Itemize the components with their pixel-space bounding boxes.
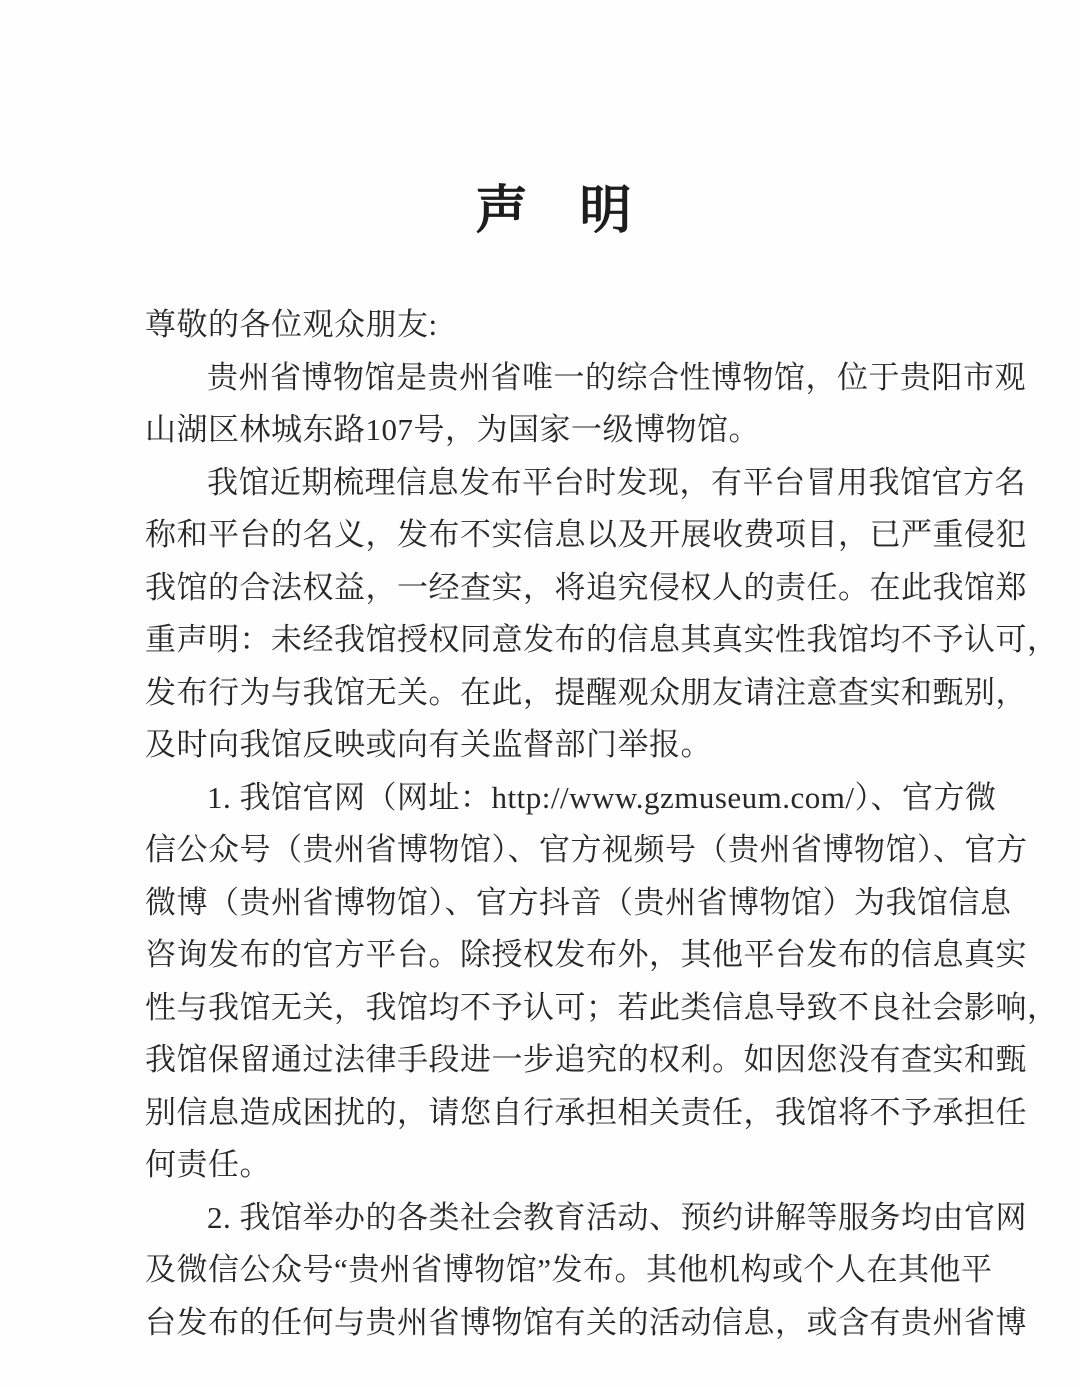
text-line-salutation: 尊敬的各位观众朋友:	[145, 299, 962, 352]
text-line-item-1: 1. 我馆官网（网址：http://www.gzmuseum.com/）、官方微	[145, 772, 962, 825]
text-line: 及微信公众号“贵州省博物馆”发布。其他机构或个人在其他平	[145, 1244, 962, 1297]
text-line: 称和平台的名义，发布不实信息以及开展收费项目，已严重侵犯	[145, 509, 962, 562]
text-line: 台发布的任何与贵州省博物馆有关的活动信息，或含有贵州省博	[145, 1297, 962, 1350]
text-line: 我馆保留通过法律手段进一步追究的权利。如因您没有查实和甄	[145, 1034, 962, 1087]
document-body: 尊敬的各位观众朋友: 贵州省博物馆是贵州省唯一的综合性博物馆，位于贵阳市观 山湖…	[0, 299, 1080, 1349]
text-line: 信公众号（贵州省博物馆）、官方视频号（贵州省博物馆）、官方	[145, 824, 962, 877]
scanned-statement-page: 声 明 尊敬的各位观众朋友: 贵州省博物馆是贵州省唯一的综合性博物馆，位于贵阳市…	[0, 0, 1080, 1387]
text-line: 微博（贵州省博物馆）、官方抖音（贵州省博物馆）为我馆信息	[145, 877, 962, 930]
text-line: 山湖区林城东路107号，为国家一级博物馆。	[145, 404, 962, 457]
text-line: 发布行为与我馆无关。在此，提醒观众朋友请注意查实和甄别，	[145, 667, 962, 720]
text-line: 咨询发布的官方平台。除授权发布外，其他平台发布的信息真实	[145, 929, 962, 982]
text-line: 我馆近期梳理信息发布平台时发现，有平台冒用我馆官方名	[145, 457, 962, 510]
text-line: 别信息造成困扰的，请您自行承担相关责任，我馆将不予承担任	[145, 1087, 962, 1140]
text-line: 我馆的合法权益，一经查实，将追究侵权人的责任。在此我馆郑	[145, 562, 962, 615]
text-line: 何责任。	[145, 1139, 962, 1192]
text-line: 贵州省博物馆是贵州省唯一的综合性博物馆，位于贵阳市观	[145, 352, 962, 405]
text-line: 及时向我馆反映或向有关监督部门举报。	[145, 719, 962, 772]
document-title: 声 明	[0, 0, 1080, 241]
text-line: 重声明：未经我馆授权同意发布的信息其真实性我馆均不予认可，	[145, 614, 962, 667]
text-line-item-2: 2. 我馆举办的各类社会教育活动、预约讲解等服务均由官网	[145, 1192, 962, 1245]
text-line: 性与我馆无关，我馆均不予认可；若此类信息导致不良社会影响，	[145, 982, 962, 1035]
